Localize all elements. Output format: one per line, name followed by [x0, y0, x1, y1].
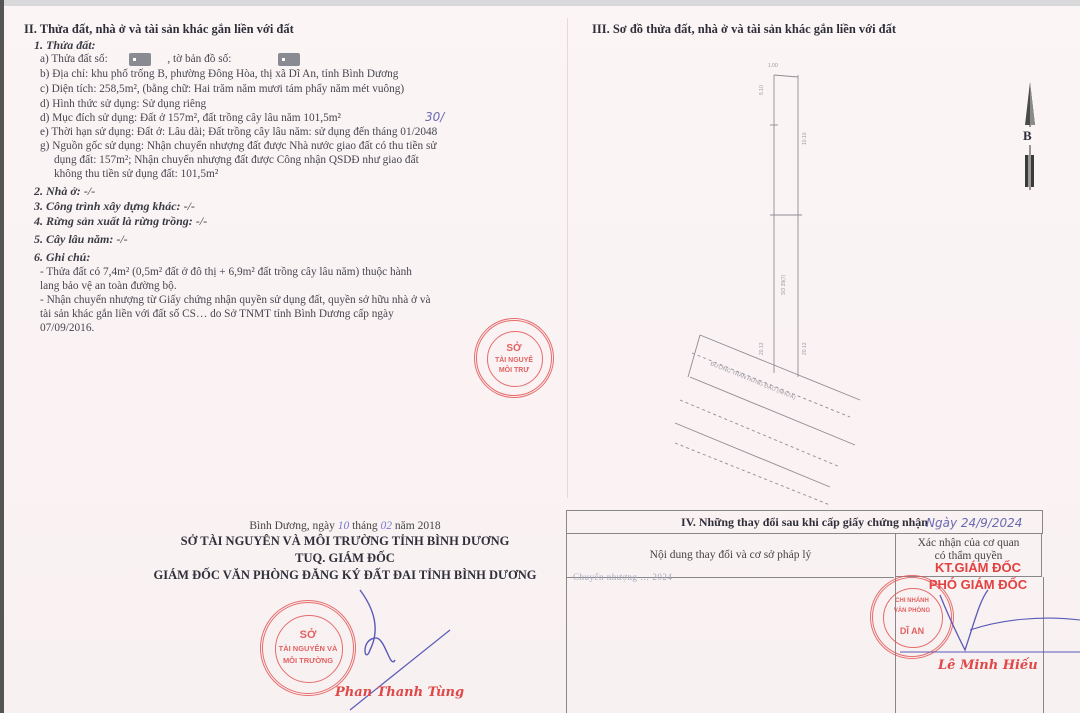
- usage-purpose-line: d) Mục đích sử dụng: Đất ở 157m², đất tr…: [40, 112, 341, 124]
- handwritten-change-date: Ngày 24/9/2024: [926, 516, 1022, 530]
- usage-term-line: e) Thời hạn sử dụng: Đất ở: Lâu dài; Đất…: [40, 126, 437, 138]
- forest-item: 4. Rừng sản xuất là rừng trồng: -/-: [34, 214, 207, 229]
- note-line-3: - Nhận chuyển nhượng từ Giấy chứng nhận …: [40, 294, 431, 306]
- perennial-trees-item: 5. Cây lâu năm: -/-: [34, 232, 128, 247]
- house-item: 2. Nhà ở: -/-: [34, 184, 95, 199]
- column-divider: [567, 18, 568, 498]
- authority-title-1: KT.GIÁM ĐỐC: [928, 560, 1028, 575]
- issuer-signer-name: Phan Thanh Tùng: [335, 685, 464, 700]
- address-line: b) Địa chỉ: khu phố trống B, phường Đông…: [40, 68, 398, 80]
- left-border: [0, 0, 4, 713]
- other-construction-item: 3. Công trình xây dựng khác: -/-: [34, 199, 195, 214]
- issuing-org: SỞ TÀI NGUYÊN VÀ MÔI TRƯỜNG TỈNH BÌNH DƯ…: [130, 534, 560, 549]
- notes-title: 6. Ghi chú:: [34, 250, 90, 265]
- note-line-2: lang bảo vệ an toàn đường bộ.: [40, 280, 177, 292]
- issuing-signature-block: Bình Dương, ngày 10 tháng 02 năm 2018 SỞ…: [130, 520, 560, 583]
- branch-signer-name: Lê Minh Hiếu: [938, 658, 1038, 673]
- origin-line-1: g) Nguồn gốc sử dụng: Nhận chuyển nhượng…: [40, 140, 436, 152]
- parcel-label: a) Thửa đất số:: [40, 53, 108, 65]
- land-title: 1. Thửa đất:: [34, 38, 96, 53]
- svg-text:1.00: 1.00: [768, 63, 778, 69]
- official-stamp-small: SỞ TÀI NGUYÊ MÔI TRƯ: [474, 318, 554, 398]
- usage-form-line: d) Hình thức sử dụng: Sử dụng riêng: [40, 98, 206, 110]
- parcel-diagram: 1.00 5.10 10.10 20.13 20.13 SO 39(7) ĐƯỜ…: [660, 55, 880, 515]
- proxy-title: TUQ. GIÁM ĐỐC: [130, 551, 560, 566]
- origin-line-2: dụng đất: 157m²; Nhận chuyển nhượng đất …: [54, 154, 419, 166]
- certificate-page: II. Thửa đất, nhà ở và tài sản khác gắn …: [0, 0, 1080, 713]
- svg-text:20.13: 20.13: [759, 342, 765, 355]
- svg-text:10.10: 10.10: [802, 132, 808, 145]
- map-sheet-redacted: [278, 53, 300, 66]
- svg-text:ĐƯỜNG TRẦN HƯNG ĐẠO (NHỰA): ĐƯỜNG TRẦN HƯNG ĐẠO (NHỰA): [709, 360, 797, 401]
- svg-text:SO 39(7): SO 39(7): [781, 274, 787, 295]
- change-entry-text: Chuyển nhượng … 2024: [573, 572, 672, 582]
- svg-text:20.13: 20.13: [802, 342, 808, 355]
- handwritten-mark: 30/: [425, 110, 444, 124]
- map-sheet-label: , tờ bản đồ số:: [167, 53, 231, 65]
- north-label: B: [1023, 128, 1032, 144]
- origin-line-3: không thu tiền sử dụng đất: 101,5m²: [54, 168, 218, 180]
- parcel-line: a) Thửa đất số: , tờ bản đồ số:: [40, 53, 300, 66]
- parcel-number-redacted: [129, 53, 151, 66]
- area-line: c) Diện tích: 258,5m², (bằng chữ: Hai tr…: [40, 83, 404, 95]
- svg-text:5.10: 5.10: [759, 85, 765, 95]
- note-line-4: tài sản khác gắn liền với đất số CS… do …: [40, 308, 394, 320]
- section-2-heading: II. Thửa đất, nhà ở và tài sản khác gắn …: [24, 22, 294, 37]
- note-line-1: - Thửa đất có 7,4m² (0,5m² đất ở đô thị …: [40, 266, 412, 278]
- note-line-5: 07/09/2016.: [40, 322, 94, 334]
- top-border: [0, 0, 1080, 6]
- signer-title: GIÁM ĐỐC VĂN PHÒNG ĐĂNG KÝ ĐẤT ĐAI TỈNH …: [130, 568, 560, 583]
- issue-date: Bình Dương, ngày 10 tháng 02 năm 2018: [130, 520, 560, 532]
- section-3-heading: III. Sơ đồ thửa đất, nhà ở và tài sản kh…: [592, 22, 896, 37]
